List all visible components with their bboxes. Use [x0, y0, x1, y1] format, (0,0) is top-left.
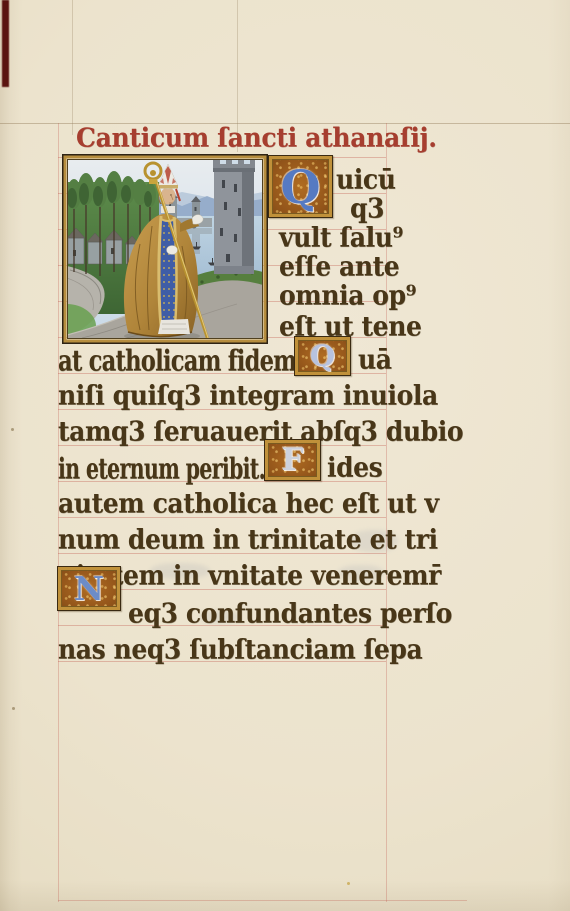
- text-line: uicū: [336, 164, 395, 195]
- text-line: vult ſalu⁹: [279, 222, 403, 253]
- tower: [213, 160, 255, 274]
- text-line: eſſe ante: [279, 251, 399, 282]
- bottom-margin-rule: [58, 900, 467, 901]
- text-line: ides: [327, 452, 382, 483]
- text-line: autem catholica hec eſt ut v: [58, 488, 439, 519]
- illuminated-initial-n: N: [57, 566, 121, 611]
- rubric-title: Canticum ſancti athanaſij.: [76, 122, 437, 153]
- text-line: omnia op⁹: [279, 280, 416, 311]
- text-line: tamq3 ſeruauerit abſq3 dubio: [58, 416, 463, 447]
- vellum-speck: [11, 428, 14, 431]
- initial-letter: F: [281, 445, 303, 476]
- white-alb: [158, 319, 190, 334]
- initial-letter: Q: [310, 342, 335, 371]
- initial-letter: Q: [280, 164, 320, 210]
- text-line: niſi quiſq3 integram inuiola: [58, 380, 438, 411]
- binding-edge-strip: [2, 0, 9, 87]
- illuminated-initial-q-small: Q: [294, 336, 351, 376]
- text-line: eq3 confundantes perſo: [128, 598, 452, 629]
- illuminated-initial-f: F: [264, 439, 321, 481]
- text-line: q3: [350, 193, 384, 224]
- illuminated-initial-q-large: Q: [268, 155, 333, 218]
- initial-letter: N: [74, 572, 104, 605]
- vertical-crease: [72, 0, 73, 135]
- text-line: uā: [358, 344, 392, 375]
- text-line: at catholicam fidem.: [58, 344, 331, 375]
- manuscript-page: Canticum ſancti athanaſij.: [0, 0, 570, 911]
- vellum-speck: [12, 707, 15, 710]
- left-glove: [167, 246, 178, 255]
- text-line: nas neq3 ſubſtanciam ſepa: [58, 634, 422, 665]
- vellum-speck: [347, 882, 350, 885]
- text-line: num deum in trinitate et tri: [58, 524, 438, 555]
- miniature-bishop-saint: [62, 154, 268, 344]
